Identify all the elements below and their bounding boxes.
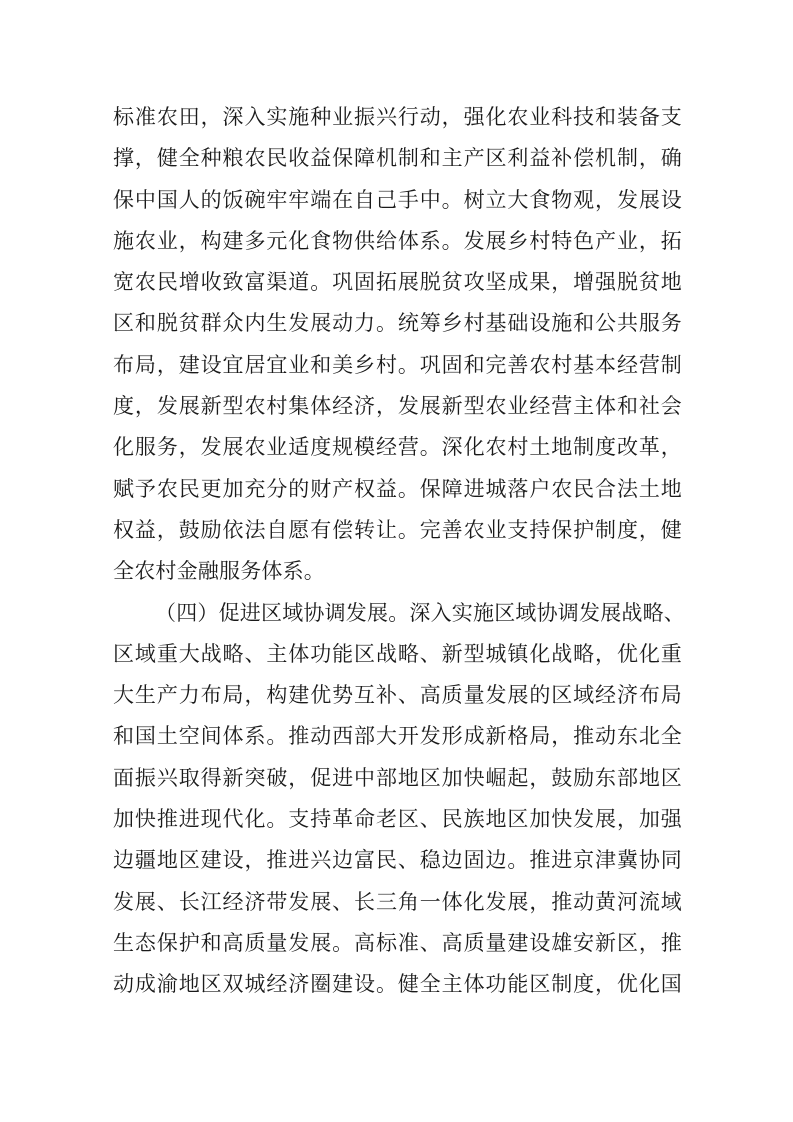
text-line: 权益，鼓励依法自愿有偿转让。完善农业支持保护制度，健 xyxy=(113,510,682,551)
text-line: 全农村金融服务体系。 xyxy=(113,551,682,592)
document-page: 标准农田，深入实施种业振兴行动，强化农业科技和装备支撑，健全种粮农民收益保障机制… xyxy=(0,0,793,1122)
text-line: 区域重大战略、主体功能区战略、新型城镇化战略，优化重 xyxy=(113,634,682,675)
paragraph: 标准农田，深入实施种业振兴行动，强化农业科技和装备支撑，健全种粮农民收益保障机制… xyxy=(113,97,682,593)
text-line: 撑，健全种粮农民收益保障机制和主产区利益补偿机制，确 xyxy=(113,138,682,179)
document-body: 标准农田，深入实施种业振兴行动，强化农业科技和装备支撑，健全种粮农民收益保障机制… xyxy=(113,97,682,1006)
text-line: 和国土空间体系。推动西部大开发形成新格局，推动东北全 xyxy=(113,716,682,757)
text-line: 布局，建设宜居宜业和美乡村。巩固和完善农村基本经营制 xyxy=(113,345,682,386)
text-line: 大生产力布局，构建优势互补、高质量发展的区域经济布局 xyxy=(113,675,682,716)
text-line: 赋予农民更加充分的财产权益。保障进城落户农民合法土地 xyxy=(113,469,682,510)
text-line: 加快推进现代化。支持革命老区、民族地区加快发展，加强 xyxy=(113,799,682,840)
text-line: 区和脱贫群众内生发展动力。统筹乡村基础设施和公共服务 xyxy=(113,303,682,344)
text-line: 宽农民增收致富渠道。巩固拓展脱贫攻坚成果，增强脱贫地 xyxy=(113,262,682,303)
text-line: 保中国人的饭碗牢牢端在自己手中。树立大食物观，发展设 xyxy=(113,180,682,221)
text-line: 标准农田，深入实施种业振兴行动，强化农业科技和装备支 xyxy=(113,97,682,138)
text-line: 施农业，构建多元化食物供给体系。发展乡村特色产业，拓 xyxy=(113,221,682,262)
text-line: 发展、长江经济带发展、长三角一体化发展，推动黄河流域 xyxy=(113,882,682,923)
paragraph: （四）促进区域协调发展。深入实施区域协调发展战略、区域重大战略、主体功能区战略、… xyxy=(113,593,682,1006)
text-line: 动成渝地区双城经济圈建设。健全主体功能区制度，优化国 xyxy=(113,964,682,1005)
text-line: 生态保护和高质量发展。高标准、高质量建设雄安新区，推 xyxy=(113,923,682,964)
text-line: 度，发展新型农村集体经济，发展新型农业经营主体和社会 xyxy=(113,386,682,427)
text-line: 边疆地区建设，推进兴边富民、稳边固边。推进京津冀协同 xyxy=(113,840,682,881)
text-line: （四）促进区域协调发展。深入实施区域协调发展战略、 xyxy=(113,593,682,634)
text-line: 面振兴取得新突破，促进中部地区加快崛起，鼓励东部地区 xyxy=(113,758,682,799)
text-line: 化服务，发展农业适度规模经营。深化农村土地制度改革， xyxy=(113,427,682,468)
